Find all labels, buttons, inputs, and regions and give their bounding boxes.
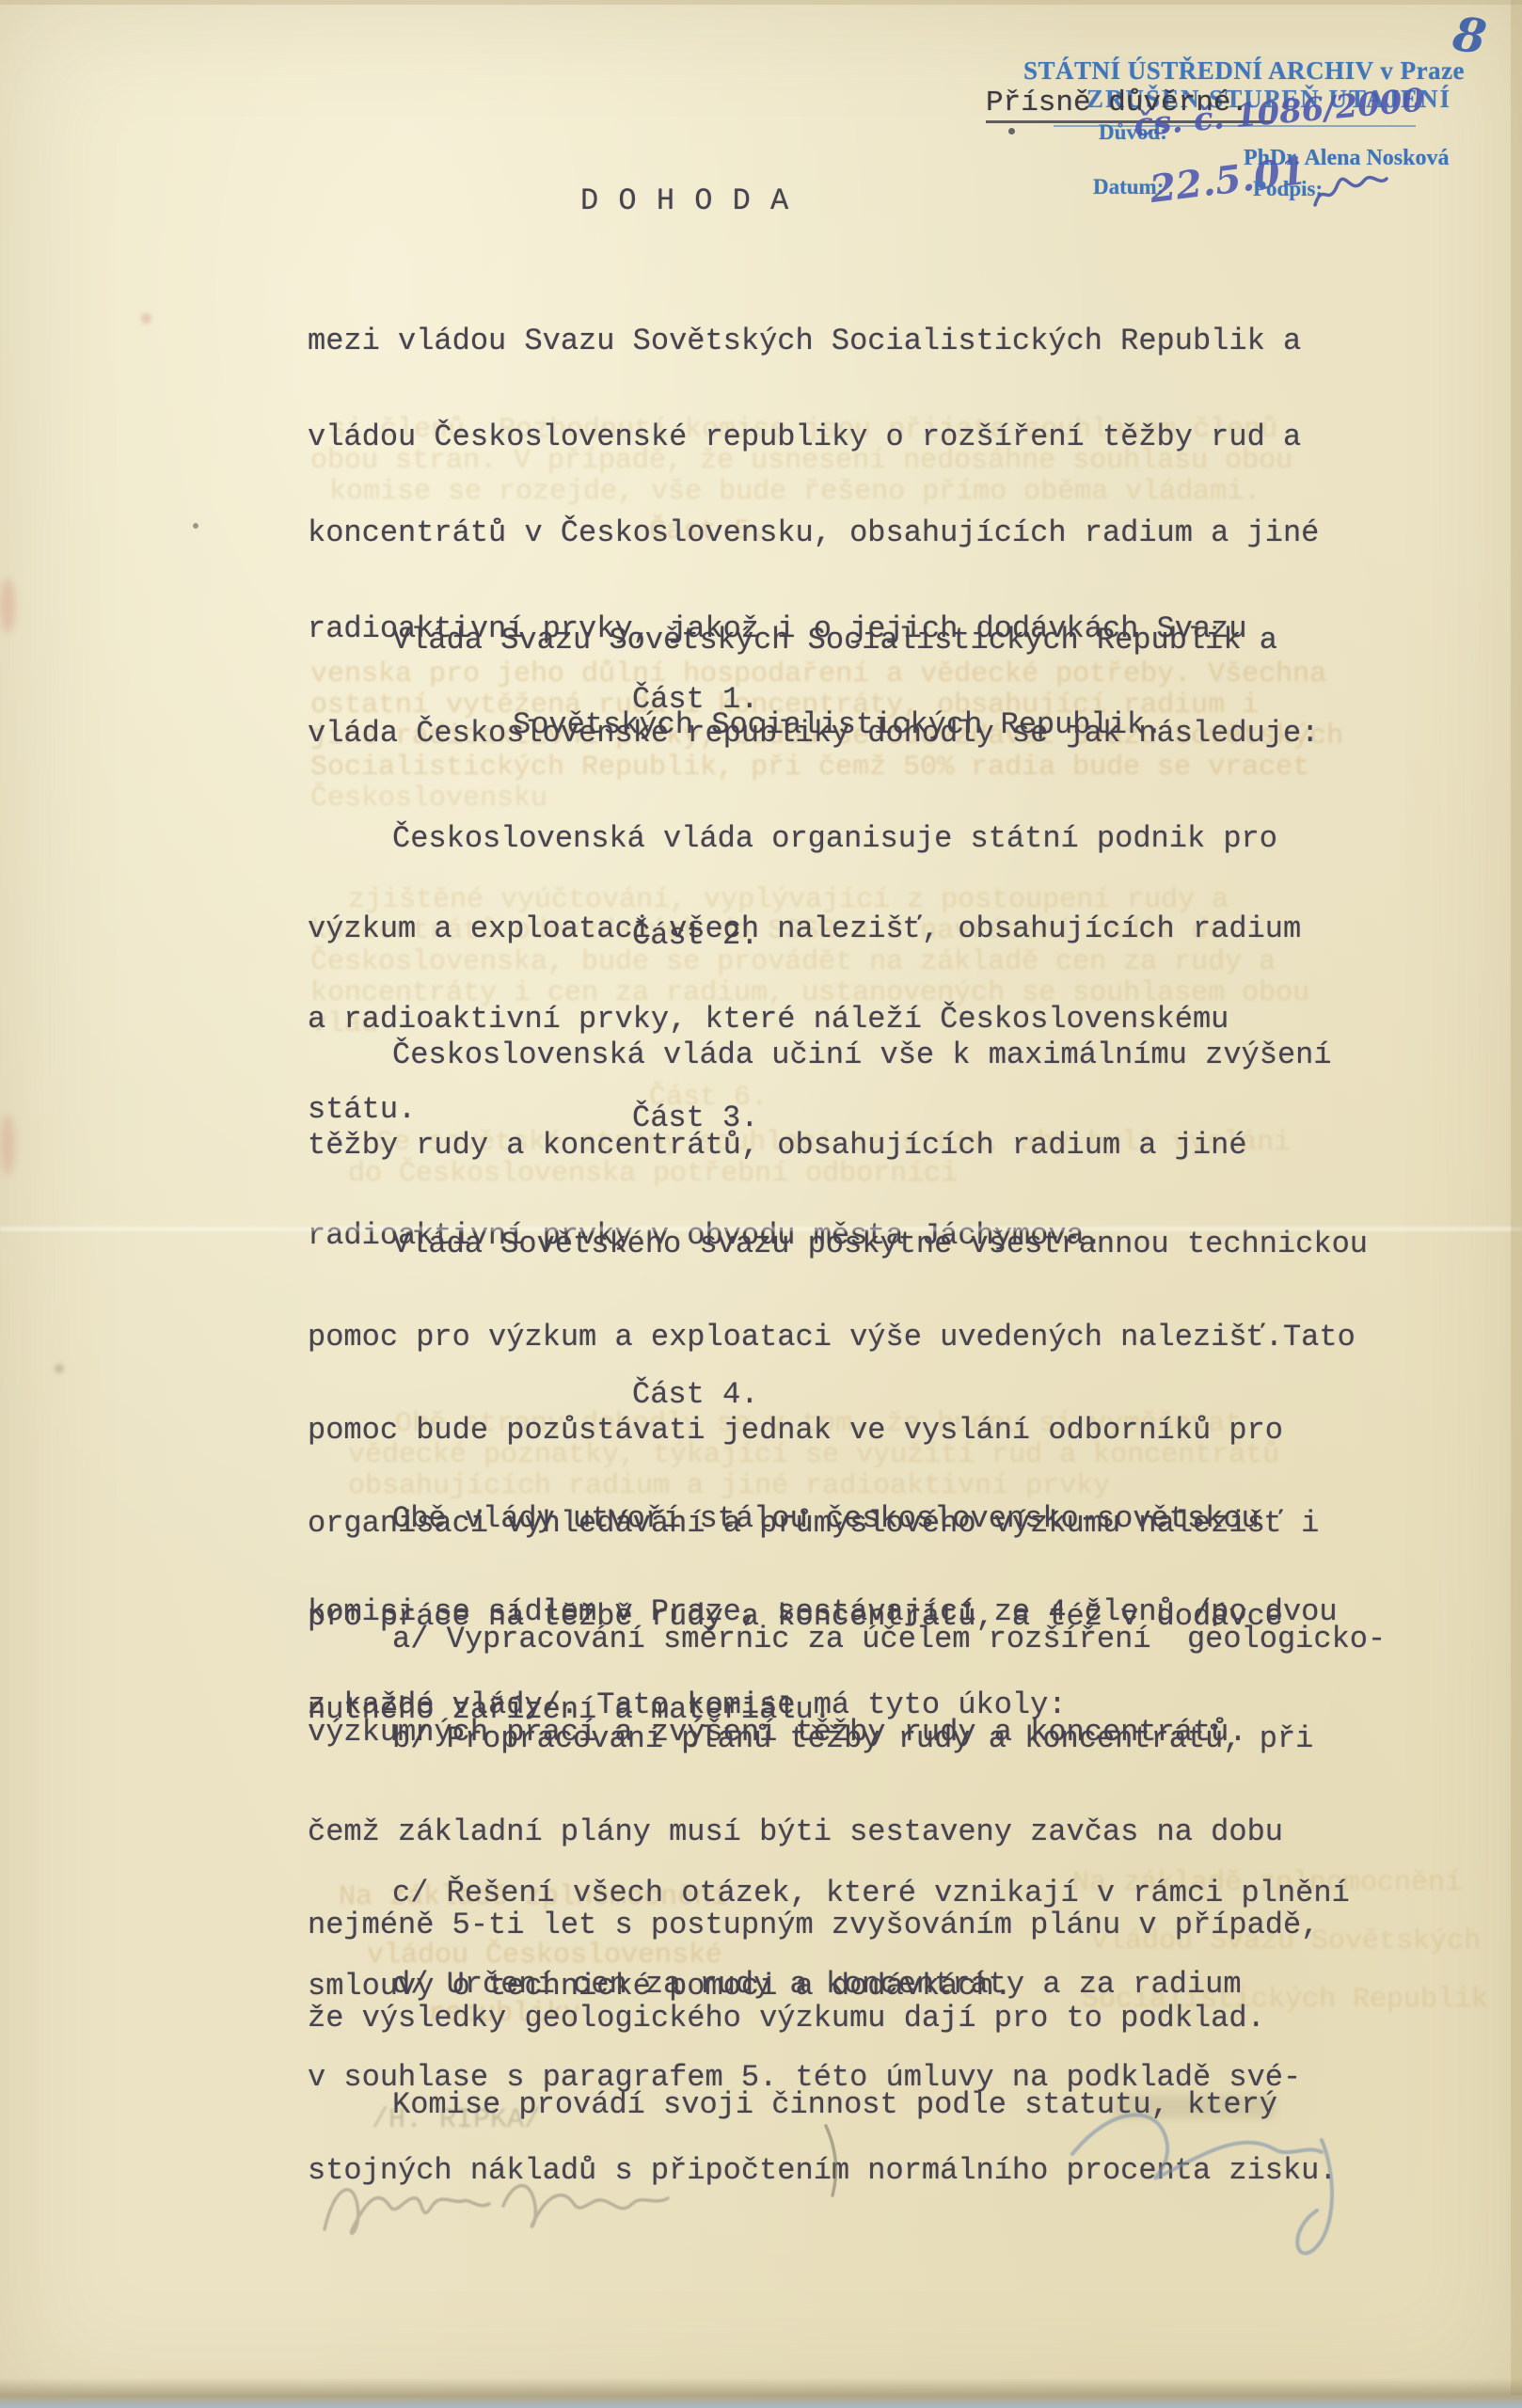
typed-line: a/ Vypracování směrnic za účelem rozšíře…: [392, 1624, 1386, 1655]
typed-dot: [1008, 128, 1015, 135]
typed-line: d/ Určení cen za rudy a koncentráty a za…: [392, 1969, 1338, 2000]
typed-line: vládou Československé republiky o rozšíř…: [308, 421, 1319, 453]
typed-line: Vláda Sovětského svazu poskytne všestran…: [392, 1228, 1368, 1259]
paper-stain: [141, 313, 151, 324]
scan-edge-top: [0, 0, 1522, 5]
typed-line: vláda Československé republiky dohodly s…: [308, 718, 1319, 749]
scanned-document-page: si členů. Rozhodnutí komise jsou přijata…: [0, 0, 1522, 2408]
typed-line: Československá vláda organisuje státní p…: [392, 824, 1301, 854]
archive-stamp: STÁTNÍ ÚSTŘEDNÍ ARCHIV v Praze: [1023, 56, 1465, 86]
typed-line: pomoc pro výzkum a exploataci výše uvede…: [308, 1322, 1368, 1353]
typed-line: Obě vlády utvoří stálou československo-s…: [392, 1503, 1338, 1534]
section-heading-4: Část 4.: [632, 1379, 758, 1410]
paper-stain: [55, 1364, 64, 1373]
typed-line: výzkum a exploataci všech nalezišť, obsa…: [308, 914, 1301, 944]
typed-line: c/ Řešení všech otázek, které vznikají v…: [392, 1877, 1350, 1909]
typed-line: Československá vláda učiní vše k maximál…: [392, 1040, 1332, 1070]
signature-right-ink: [1054, 2098, 1383, 2290]
typed-line: těžby rudy a koncentrátů, obsahujících r…: [308, 1131, 1332, 1161]
document-title: D O H O D A: [580, 185, 789, 216]
section-heading-2: Část 2.: [632, 920, 758, 951]
pencil-mark: [816, 2118, 854, 2208]
archivist-signature-squiggle: [1309, 169, 1394, 223]
typed-line: koncentrátů v Československu, obsahující…: [308, 517, 1319, 549]
signature-left-pencil: [310, 2149, 715, 2272]
typed-line: Vláda Svazu Sovětských Socialistických R…: [392, 625, 1319, 656]
section-heading-1: Část 1.: [632, 684, 758, 715]
scan-edge-bottom: [0, 2395, 1522, 2408]
scan-edge-bottom-shadow: [0, 2378, 1522, 2395]
classification-marking: Přísně důvěrné.: [986, 87, 1248, 119]
paper-stain: [0, 1115, 15, 1175]
stray-ink-dot: [193, 523, 198, 529]
section-heading-3: Část 3.: [632, 1102, 758, 1133]
typed-line: b/ Propracování plánů těžby rudy a konce…: [392, 1723, 1319, 1754]
scan-edge-right: [1511, 0, 1522, 2408]
paper-crease: [0, 1227, 1522, 1231]
typed-line: mezi vládou Svazu Sovětských Socialistic…: [308, 325, 1319, 357]
paper-stain: [0, 578, 15, 633]
